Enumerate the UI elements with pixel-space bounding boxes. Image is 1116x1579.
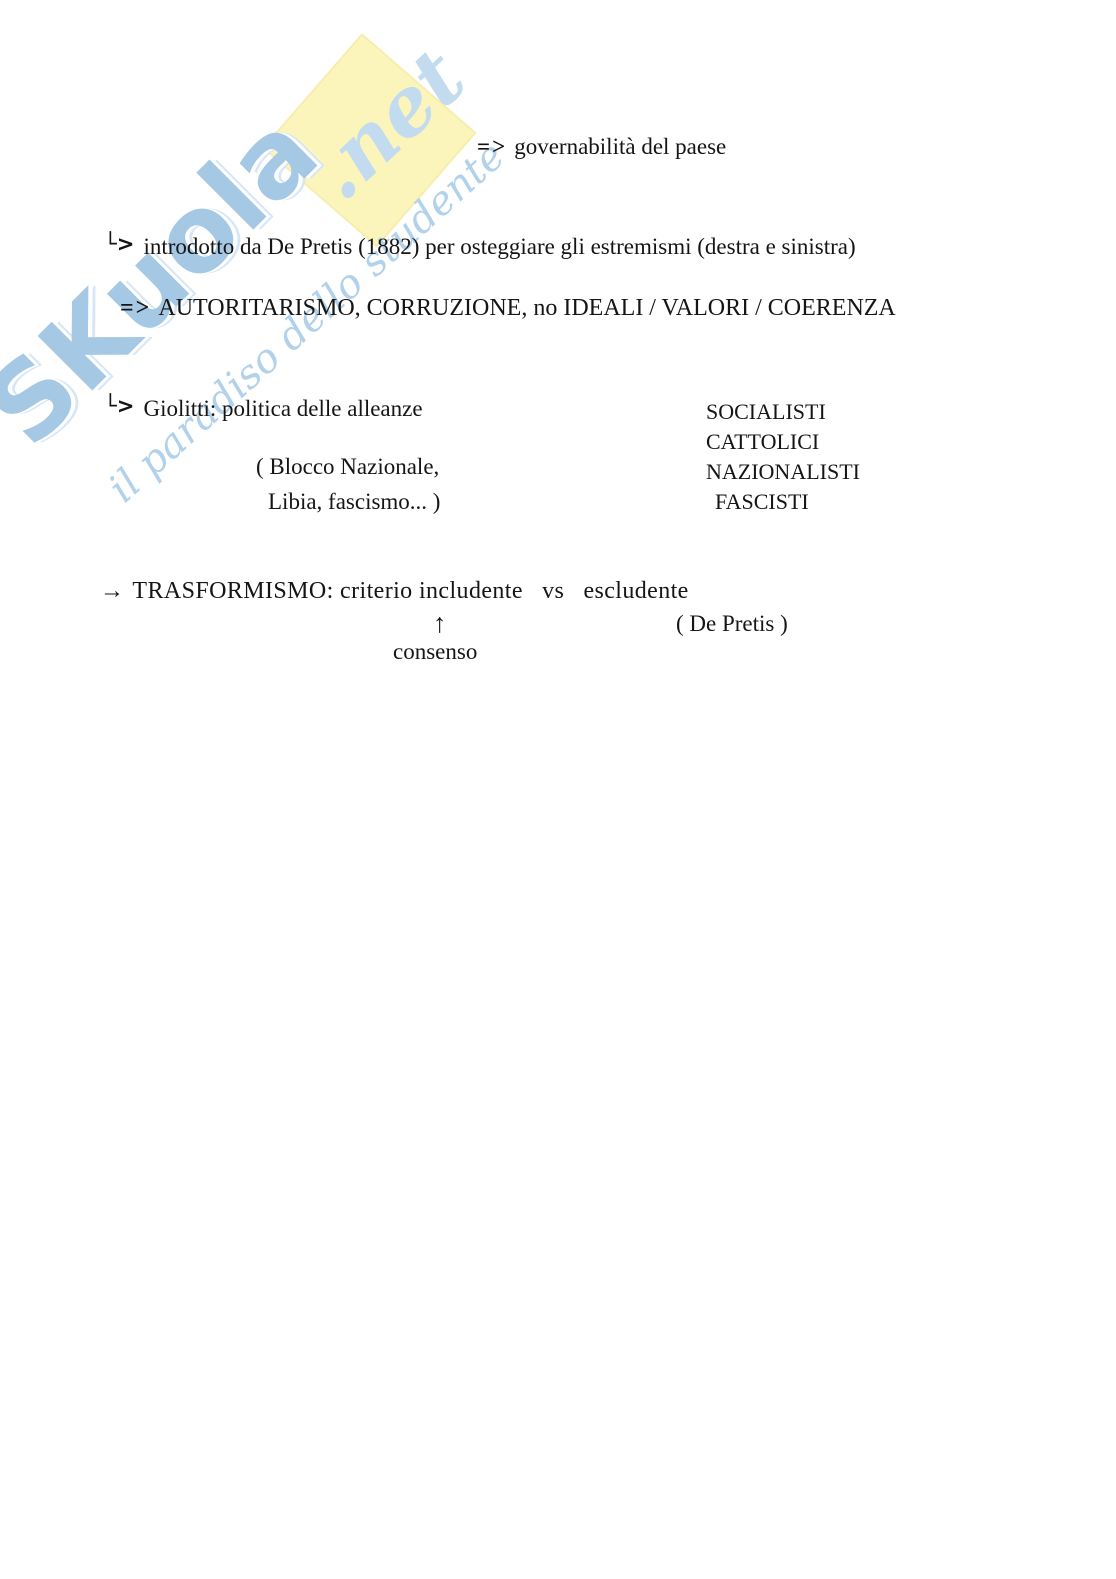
note-blocco-nazionale-line2: Libia, fascismo... ) xyxy=(268,489,440,515)
watermark-diamond-shape xyxy=(262,33,476,247)
group-cattolici: CATTOLICI xyxy=(706,427,860,457)
up-arrow-marker: ↑ xyxy=(433,608,447,639)
double-arrow-marker: => xyxy=(120,295,151,321)
note-giolitti-text: Giolitti: politica delle alleanze xyxy=(143,396,422,421)
note-introdotto-text: introdotto da De Pretis (1882) per osteg… xyxy=(143,234,855,259)
scanned-notes-page: SKuola .net il paradiso dello studente =… xyxy=(0,0,1116,1579)
note-giolitti: └>Giolitti: politica delle alleanze xyxy=(104,396,423,422)
note-de-pretis: ( De Pretis ) xyxy=(676,611,788,637)
note-trasformismo: →TRASFORMISMO: criterio includente vs es… xyxy=(100,578,689,605)
note-autoritarismo-text: AUTORITARISMO, CORRUZIONE, no IDEALI / V… xyxy=(158,295,895,321)
group-fascisti: FASCISTI xyxy=(706,487,860,517)
corner-arrow-marker: └> xyxy=(104,231,134,256)
watermark-brand-suffix: .net xyxy=(291,30,482,217)
note-autoritarismo: =>AUTORITARISMO, CORRUZIONE, no IDEALI /… xyxy=(120,295,896,322)
corner-arrow-marker: └> xyxy=(104,393,134,418)
note-introdotto: └>introdotto da De Pretis (1882) per ost… xyxy=(104,234,856,260)
note-consenso: consenso xyxy=(393,639,477,665)
note-governability: =>governabilità del paese xyxy=(477,134,726,160)
group-nazionalisti: NAZIONALISTI xyxy=(706,457,860,487)
political-groups-list: SOCIALISTI CATTOLICI NAZIONALISTI FASCIS… xyxy=(706,397,860,517)
right-arrow-marker: → xyxy=(100,578,124,604)
note-blocco-nazionale-line1: ( Blocco Nazionale, xyxy=(256,454,439,480)
group-socialisti: SOCIALISTI xyxy=(706,397,860,427)
note-trasformismo-text: TRASFORMISMO: criterio includente vs esc… xyxy=(132,578,688,604)
note-governability-text: governabilità del paese xyxy=(514,134,726,159)
double-arrow-marker: => xyxy=(477,134,507,159)
